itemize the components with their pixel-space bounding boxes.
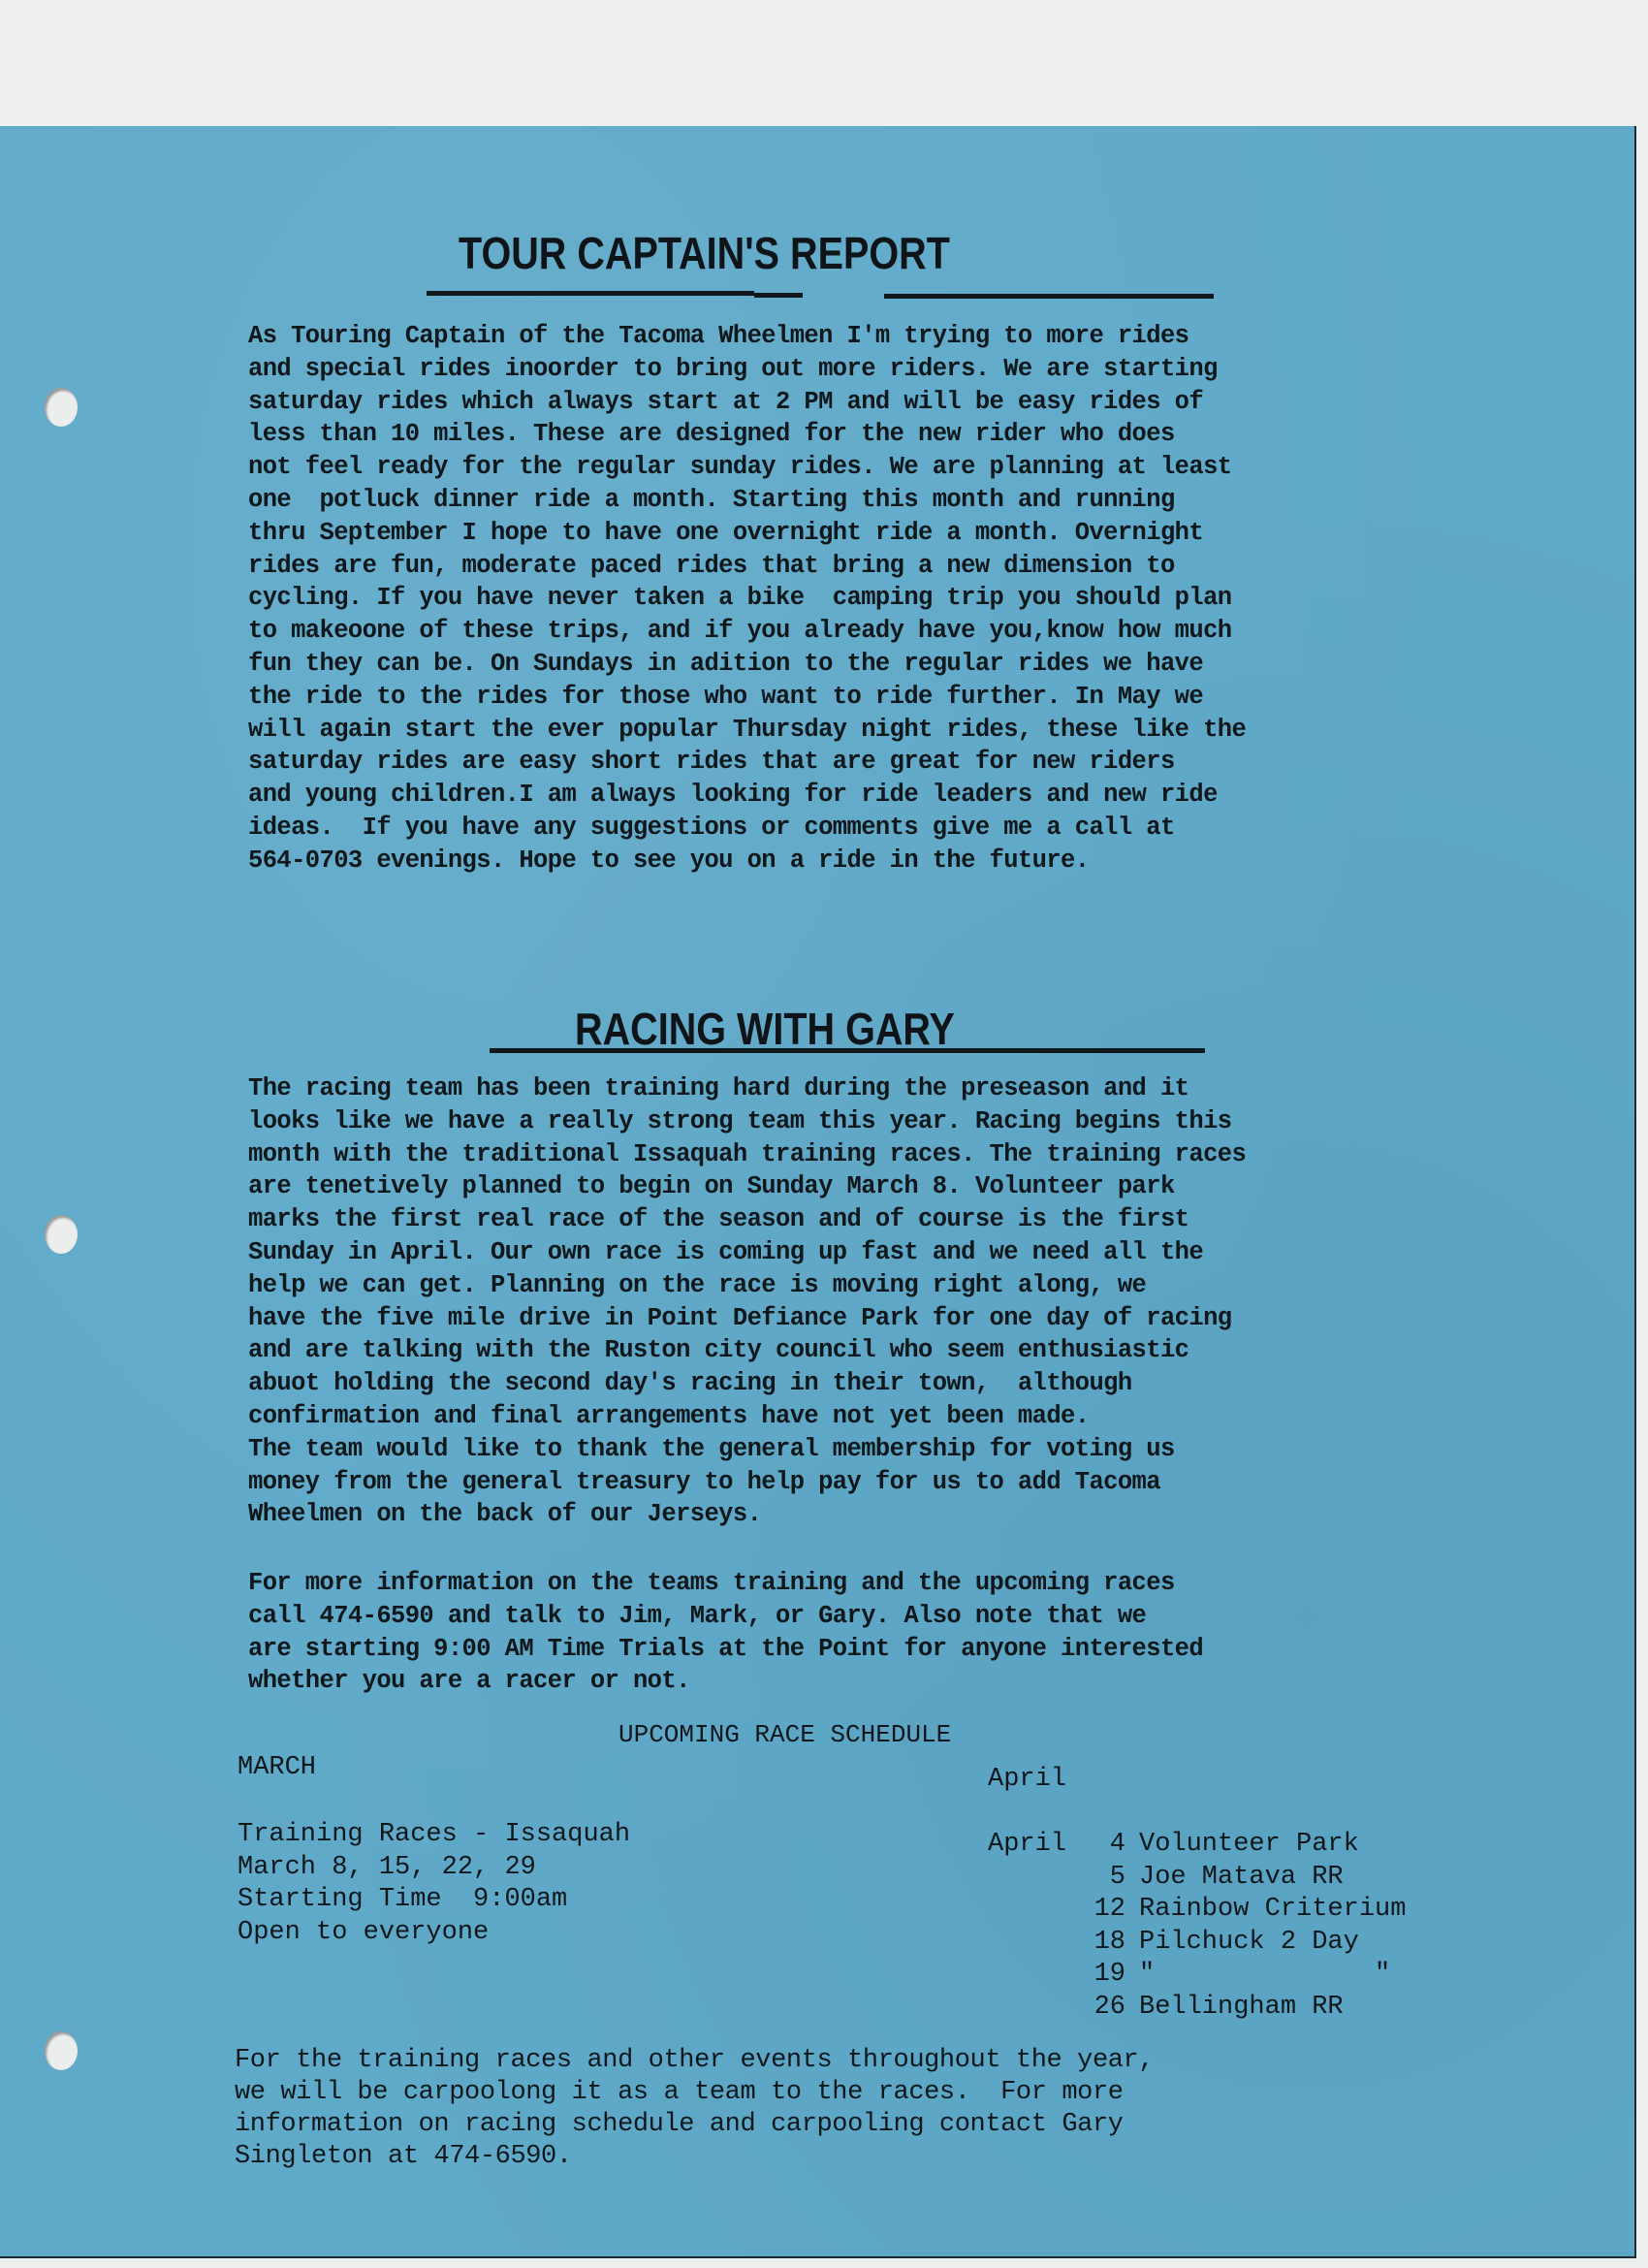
closing-paragraph: For the training races and other events …: [235, 2045, 1154, 2173]
racing-contact-info: For more information on the teams traini…: [248, 1567, 1203, 1698]
punch-hole: [45, 1215, 78, 1254]
racing-body: The racing team has been training hard d…: [248, 1072, 1246, 1531]
tour-report-body: As Touring Captain of the Tacoma Wheelme…: [248, 320, 1246, 878]
race-event: 5Joe Matava RR: [988, 1863, 1344, 1892]
race-day: 26: [988, 1993, 1139, 2022]
race-day: 4: [988, 1830, 1139, 1859]
race-event: 26Bellingham RR: [988, 1993, 1344, 2022]
title-underline: [490, 1048, 1205, 1053]
race-name: Joe Matava RR: [1139, 1863, 1344, 1892]
april-header: April: [988, 1765, 1066, 1794]
punch-hole: [45, 2031, 78, 2070]
race-name: Rainbow Criterium: [1139, 1895, 1406, 1924]
racing-title: RACING WITH GARY: [575, 1003, 955, 1055]
race-name: Bellingham RR: [1139, 1993, 1344, 2022]
title-underline: [884, 294, 1214, 299]
schedule-heading: UPCOMING RACE SCHEDULE: [618, 1720, 951, 1749]
race-name: " ": [1139, 1960, 1390, 1989]
tour-report-title: TOUR CAPTAIN'S REPORT: [459, 227, 950, 279]
race-day: 5: [988, 1863, 1139, 1892]
race-event: 18Pilchuck 2 Day: [988, 1928, 1359, 1957]
race-event: 12Rainbow Criterium: [988, 1895, 1406, 1924]
race-event: 19" ": [988, 1960, 1390, 1989]
punch-hole: [45, 388, 78, 427]
title-underline: [427, 291, 754, 296]
march-header: MARCH: [238, 1753, 316, 1782]
race-name: Pilchuck 2 Day: [1139, 1928, 1359, 1957]
race-day: 12: [988, 1895, 1139, 1924]
march-schedule: Training Races - Issaquah March 8, 15, 2…: [238, 1819, 630, 1949]
race-name: Volunteer Park: [1139, 1830, 1359, 1859]
race-event: 4Volunteer Park: [988, 1830, 1359, 1859]
race-day: 19: [988, 1960, 1139, 1989]
april-schedule: April 4Volunteer Park5Joe Matava RR12Rai…: [988, 1830, 1019, 1888]
race-day: 18: [988, 1928, 1139, 1957]
title-underline: [754, 293, 803, 298]
